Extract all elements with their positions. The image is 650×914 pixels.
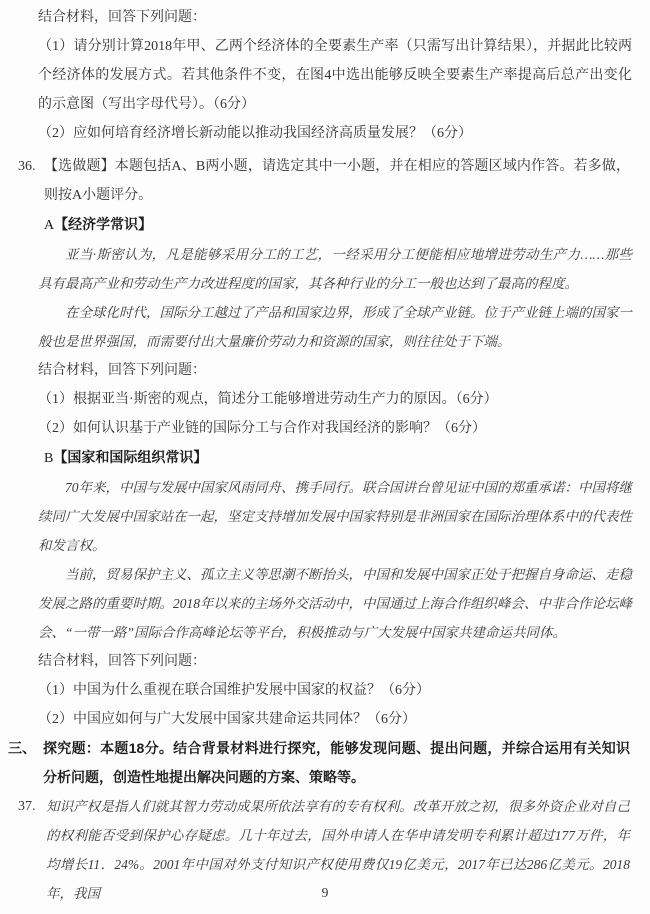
option-a-title: 【经济学常识】: [54, 216, 152, 232]
option-b-title: 【国家和国际组织常识】: [53, 449, 207, 465]
section-3-header: 三、 探究题：本题18分。结合背景材料进行探究，能够发现问题、提出问题，并综合运…: [43, 734, 630, 792]
option-a-prompt: 结合材料，回答下列问题：: [38, 356, 632, 385]
exam-document-page: 结合材料，回答下列问题： （1）请分别计算2018年甲、乙两个经济体的全要素生产…: [0, 0, 650, 914]
option-a-letter: A: [44, 218, 54, 233]
option-b-material-paragraph-2: 当前，贸易保护主义、孤立主义等思潮不断抬头，中国和发展中国家正处于把握自身命运、…: [38, 560, 632, 647]
option-b-subquestion-1: （1）中国为什么重视在联合国维护发展中国家的权益？（6分）: [38, 676, 632, 705]
option-a-heading: A【经济学常识】: [44, 210, 630, 240]
option-a-material-paragraph-2: 在全球化时代，国际分工越过了产品和国家边界，形成了全球产业链。位于产业链上端的国…: [38, 298, 632, 356]
option-b-letter: B: [44, 451, 53, 466]
option-b-subquestion-2: （2）中国应如何与广大发展中国家共建命运共同体？（6分）: [38, 705, 632, 734]
page-number: 9: [0, 884, 650, 902]
question-37-number: 37.: [18, 792, 36, 821]
option-b-heading: B【国家和国际组织常识】: [44, 443, 630, 473]
q35-subquestion-1: （1）请分别计算2018年甲、乙两个经济体的全要素生产率（只需写出计算结果），并…: [38, 32, 632, 119]
option-b-prompt: 结合材料，回答下列问题：: [38, 647, 632, 676]
question-36-instructions: 【选做题】本题包括A、B两小题，请选定其中一小题，并在相应的答题区域内作答。若多…: [44, 152, 630, 210]
option-a-subquestion-1: （1）根据亚当·斯密的观点，简述分工能够增进劳动生产力的原因。（6分）: [38, 385, 632, 414]
q35-prompt: 结合材料，回答下列问题：: [38, 3, 632, 32]
option-a-material-paragraph-1: 亚当·斯密认为，凡是能够采用分工的工艺，一经采用分工便能相应地增进劳动生产力………: [38, 240, 632, 298]
q35-subquestion-2: （2）应如何培育经济增长新动能以推动我国经济高质量发展？（6分）: [38, 119, 632, 148]
option-a-subquestion-2: （2）如何认识基于产业链的国际分工与合作对我国经济的影响？（6分）: [38, 414, 632, 443]
section-3-number: 三、: [8, 734, 36, 763]
section-3-text: 探究题：本题18分。结合背景材料进行探究，能够发现问题、提出问题，并综合运用有关…: [43, 734, 630, 792]
option-b-material-paragraph-1: 70年来，中国与发展中国家风雨同舟、携手同行。联合国讲台曾见证中国的郑重承诺：中…: [38, 473, 632, 560]
question-36: 36. 【选做题】本题包括A、B两小题，请选定其中一小题，并在相应的答题区域内作…: [44, 152, 630, 210]
question-36-number: 36.: [18, 152, 36, 181]
